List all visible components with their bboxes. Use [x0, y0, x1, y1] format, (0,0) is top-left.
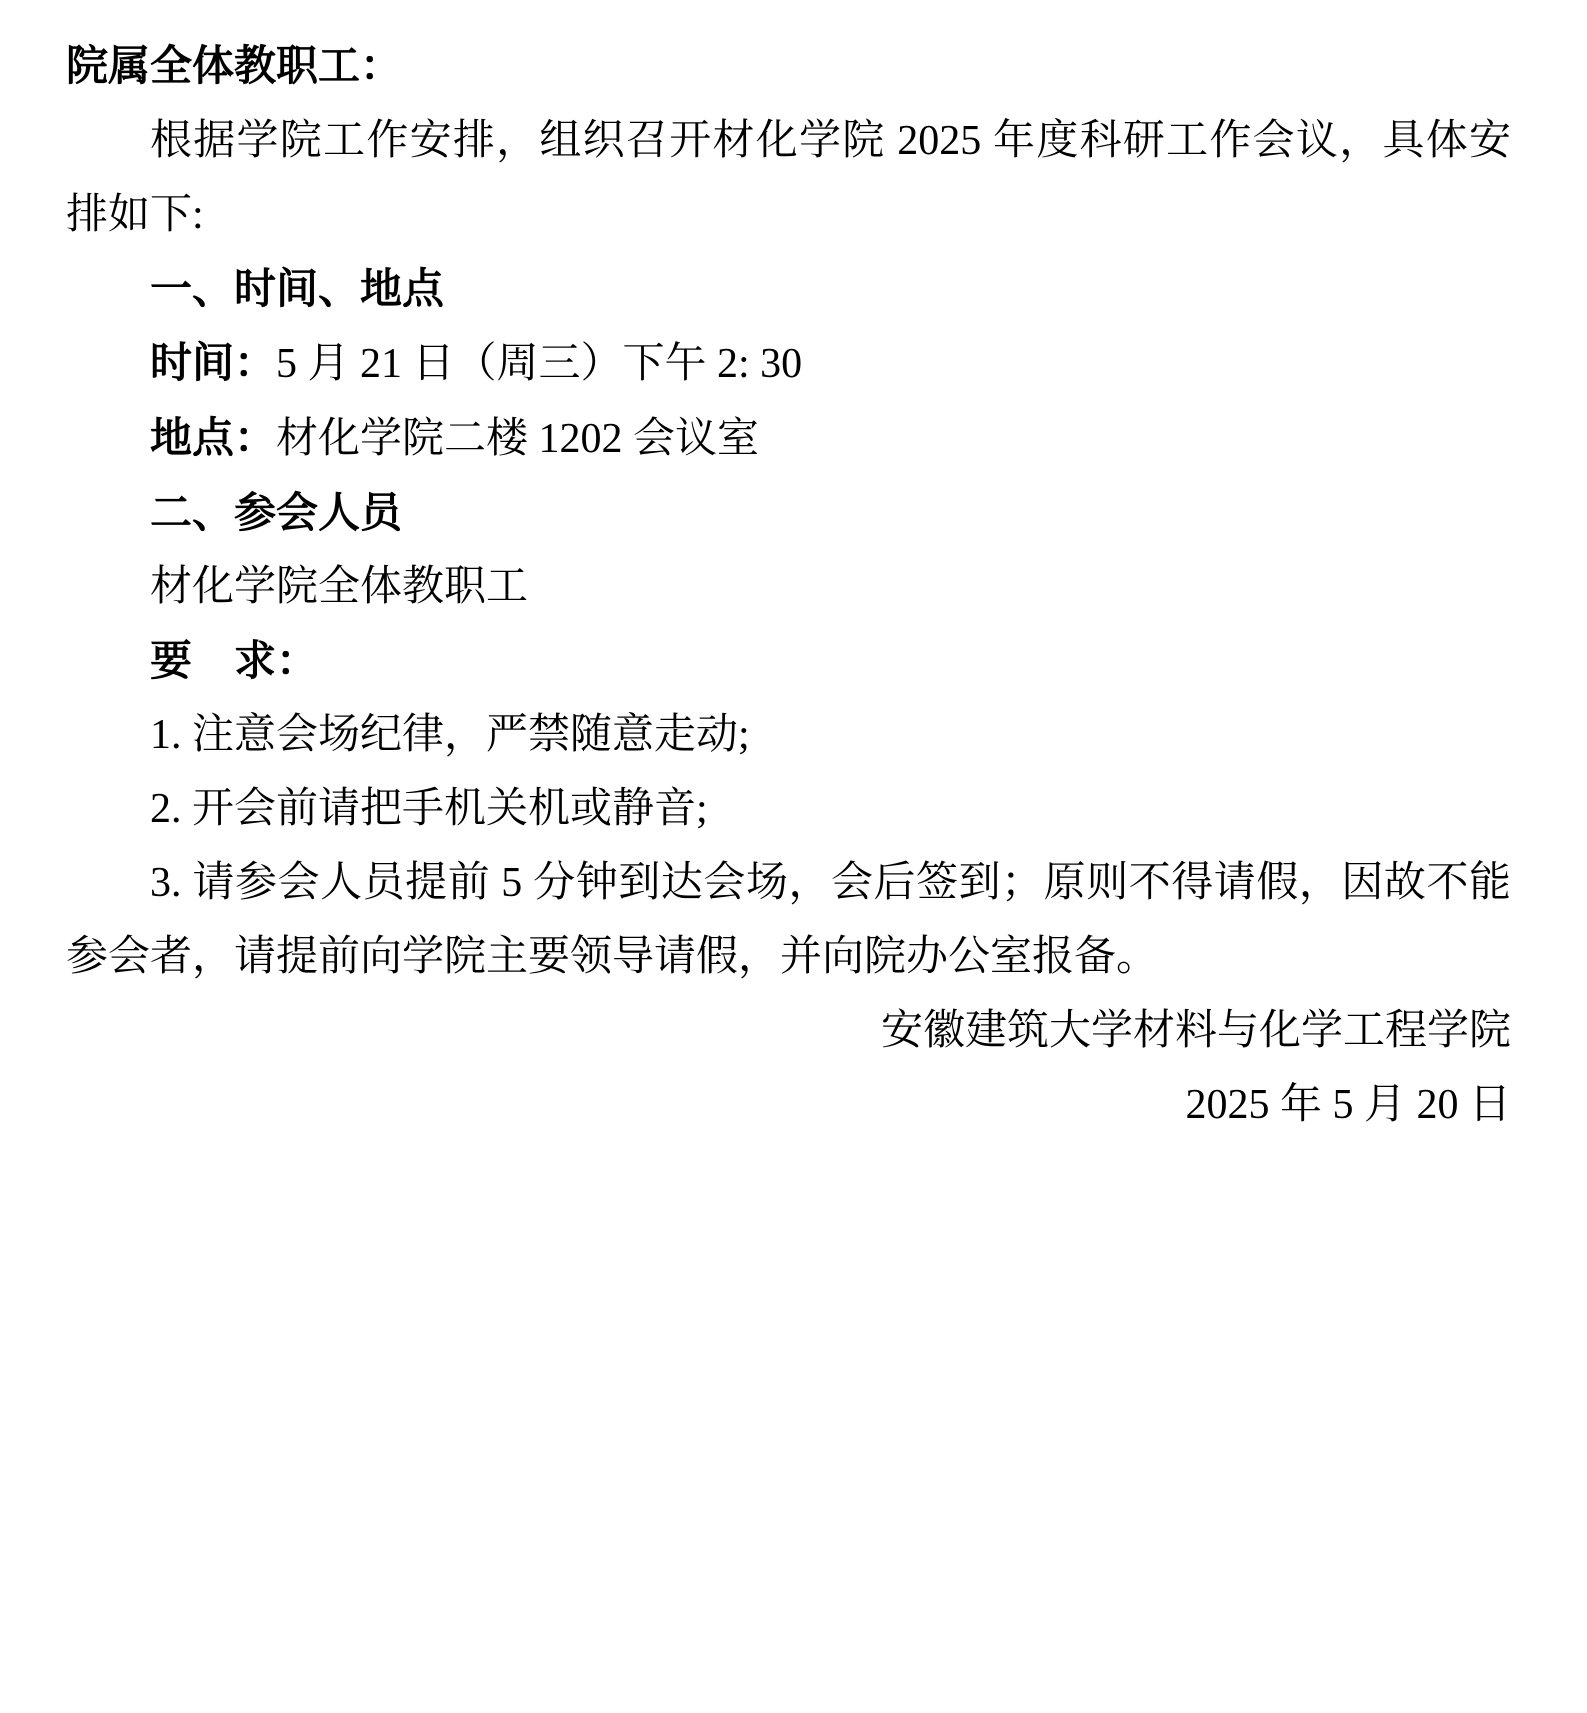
requirements-heading: 要 求： [66, 624, 1511, 698]
document-page: 院属全体教职工： 根据学院工作安排，组织召开材化学院 2025 年度科研工作会议… [0, 0, 1587, 1713]
signature: 安徽建筑大学材料与化学工程学院 [66, 994, 1511, 1068]
place-line: 地点：材化学院二楼 1202 会议室 [66, 401, 1511, 476]
intro-paragraph: 根据学院工作安排，组织召开材化学院 2025 年度科研工作会议，具体安排如下: [66, 104, 1511, 252]
time-line: 时间：5 月 21 日（周三）下午 2: 30 [66, 326, 1511, 401]
salutation: 院属全体教职工： [66, 30, 1511, 104]
section-heading-attendees: 二、参会人员 [66, 476, 1511, 550]
time-value: 5 月 21 日（周三）下午 2: 30 [276, 341, 802, 387]
place-value: 材化学院二楼 1202 会议室 [276, 416, 759, 462]
date-line: 2025 年 5 月 20 日 [66, 1068, 1511, 1142]
place-label: 地点： [150, 414, 276, 461]
section-heading-time-place: 一、时间、地点 [66, 252, 1511, 326]
time-label: 时间： [150, 339, 276, 386]
attendees-line: 材化学院全体教职工 [66, 550, 1511, 624]
requirement-item-1: 1. 注意会场纪律，严禁随意走动; [66, 698, 1511, 772]
requirement-item-2: 2. 开会前请把手机关机或静音; [66, 772, 1511, 846]
requirement-item-3: 3. 请参会人员提前 5 分钟到达会场，会后签到；原则不得请假，因故不能参会者，… [66, 846, 1511, 994]
